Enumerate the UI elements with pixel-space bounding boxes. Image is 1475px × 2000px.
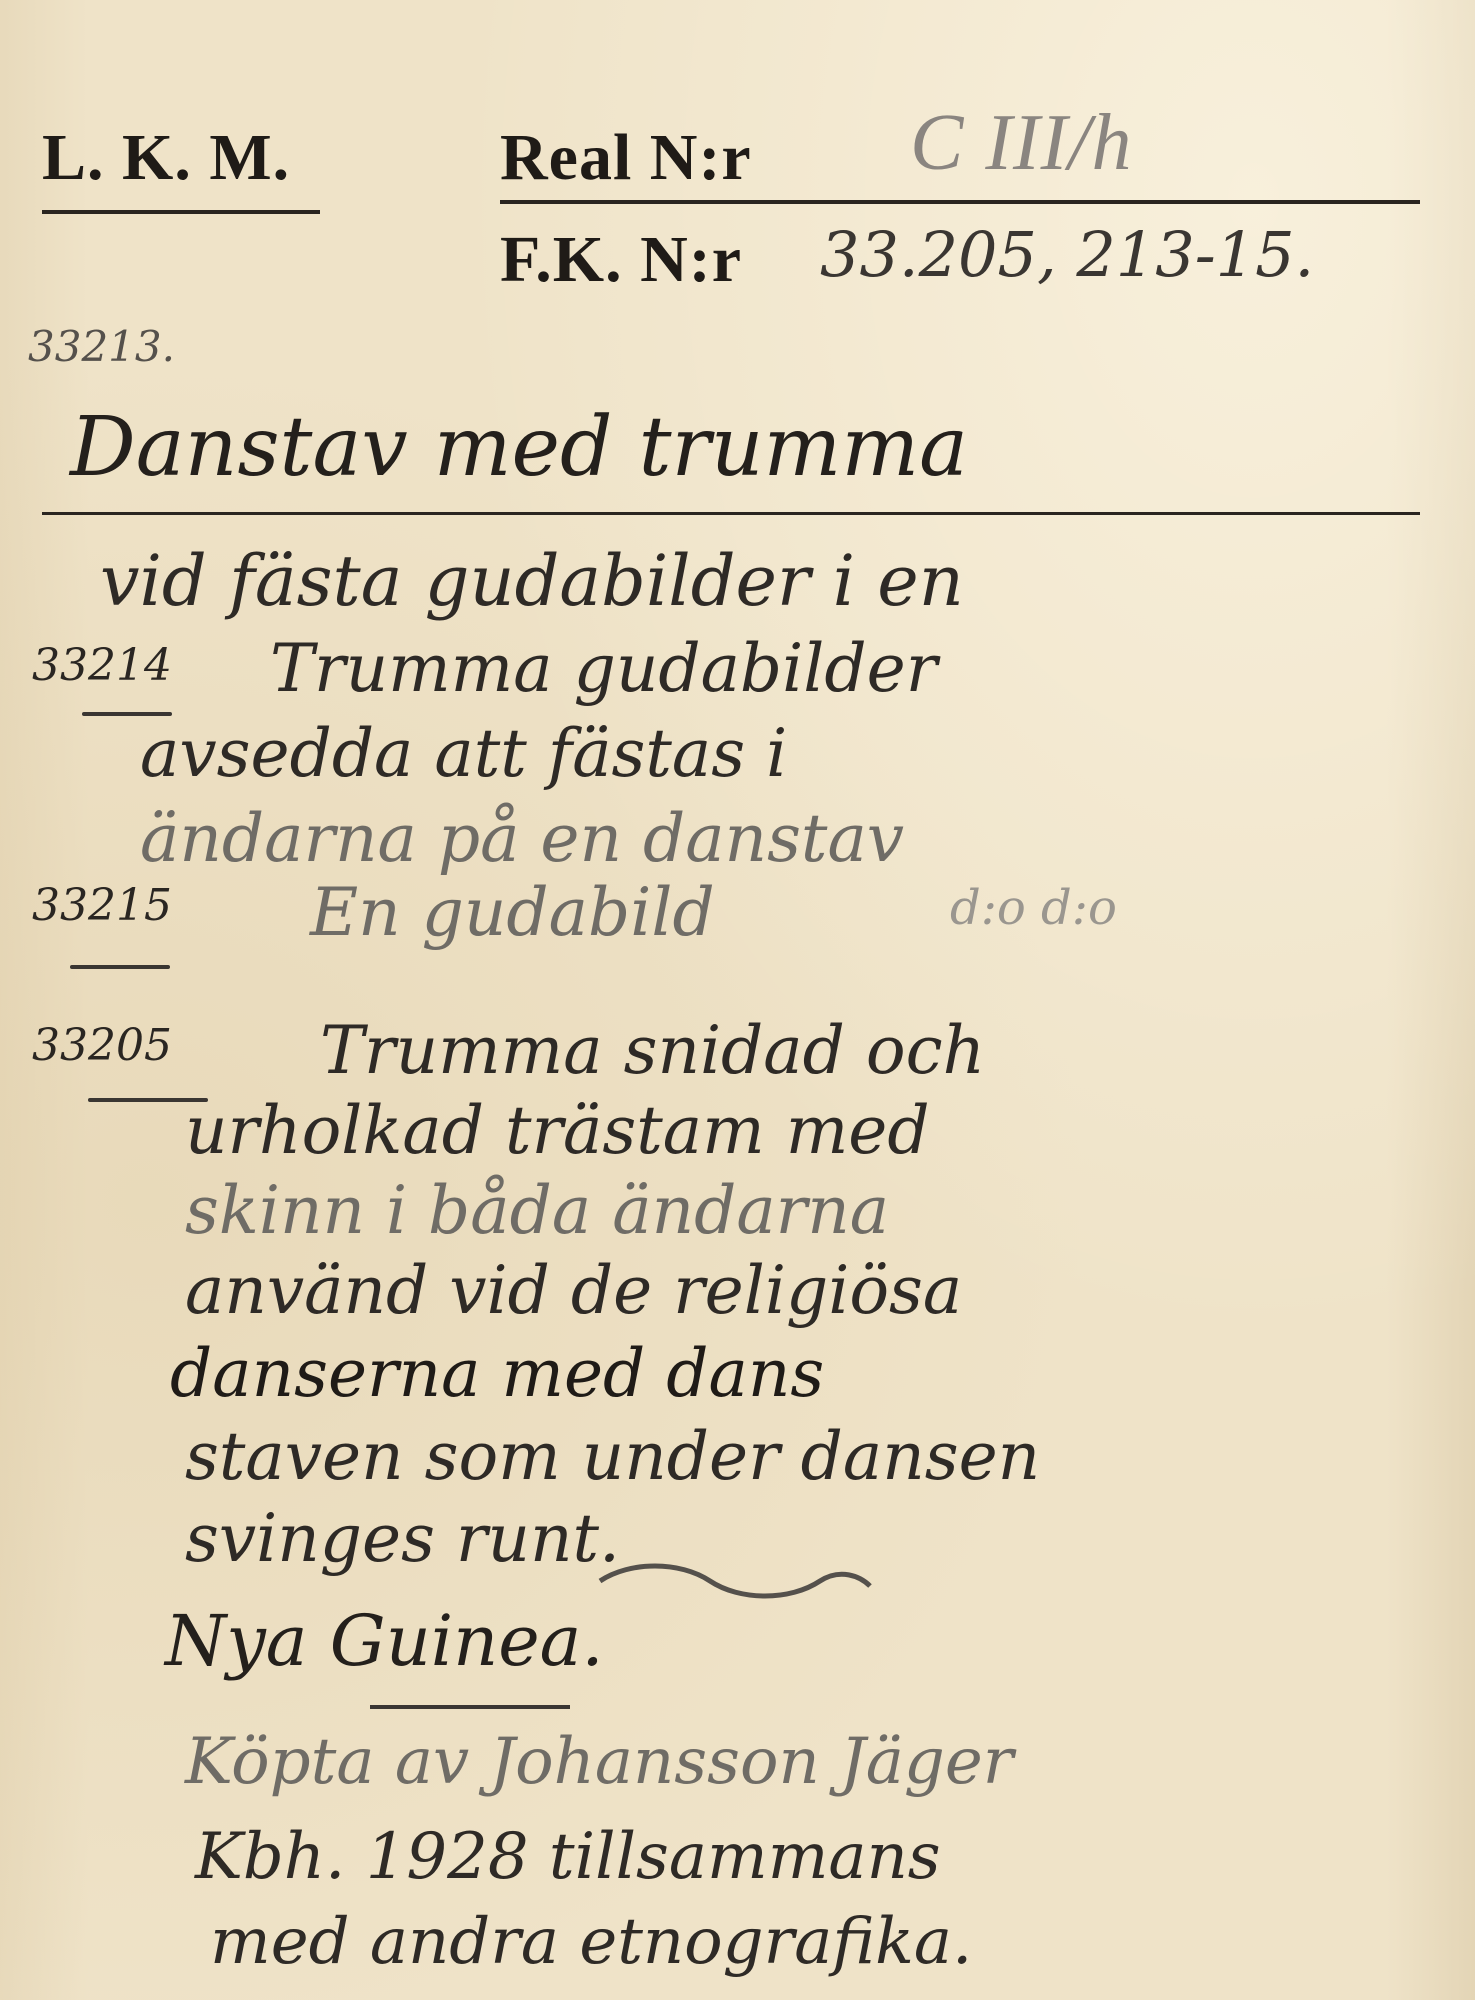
institution-underline — [42, 210, 320, 214]
entry-33205-line5: danserna med dans — [170, 1335, 824, 1412]
title-subline: vid fästa gudabilder i en — [100, 540, 964, 622]
card-title: Danstav med trumma — [70, 400, 968, 495]
real-number-value: C III/h — [910, 98, 1133, 189]
entry-33205-line2: urholkad trästam med — [185, 1092, 930, 1169]
entry-number-underline — [70, 965, 170, 969]
fk-number-value: 33.205, 213-15. — [820, 218, 1314, 291]
real-number-label: Real N:r — [500, 120, 752, 196]
fk-number-label: F.K. N:r — [500, 222, 742, 298]
entry-33205-line1: Trumma snidad och — [320, 1012, 985, 1089]
entry-number-33214: 33214 — [32, 640, 172, 691]
provenance-line1: Köpta av Johansson Jäger — [185, 1725, 1013, 1799]
entry-33205-line4: använd vid de religiösa — [185, 1252, 962, 1329]
entry-number-33213: 33213. — [28, 322, 175, 371]
entry-33214-line2: avsedda att fästas i — [140, 715, 787, 792]
provenance-line3: med andra etnografika. — [210, 1905, 972, 1979]
real-number-rule — [500, 200, 1420, 204]
region-underline — [370, 1705, 570, 1709]
entry-33214-line1: Trumma gudabilder — [270, 630, 937, 707]
entry-number-33205: 33205 — [32, 1020, 172, 1071]
entry-33215-line1: En gudabild — [310, 874, 715, 951]
entry-33205-line7: svinges runt. — [185, 1500, 620, 1577]
catalog-card: L. K. M. Real N:r C III/h F.K. N:r 33.20… — [0, 0, 1475, 2000]
provenance-line2: Kbh. 1928 tillsammans — [195, 1820, 941, 1894]
entry-33214-line3: ändarna på en danstav — [140, 800, 904, 877]
institution-label: L. K. M. — [42, 120, 290, 196]
entry-33205-line6: staven som under dansen — [185, 1418, 1040, 1495]
flourish-divider — [590, 1556, 890, 1606]
region-label: Nya Guinea. — [165, 1600, 604, 1682]
title-rule — [42, 512, 1420, 515]
entry-33205-line3: skinn i båda ändarna — [185, 1172, 889, 1249]
entry-33215-ditto: d:o d:o — [950, 880, 1117, 936]
entry-number-33215: 33215 — [32, 880, 172, 931]
